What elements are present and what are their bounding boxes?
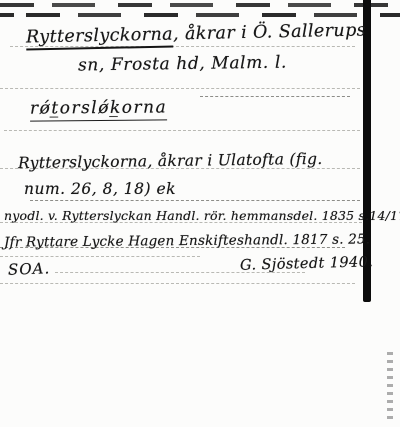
archive-abbreviation: SOA. [8, 259, 51, 278]
scan-artifact-top-dashes-row1 [0, 3, 400, 7]
source-reference-line1: nyodl. v. Rytterslyckan Handl. rör. hemm… [4, 208, 400, 223]
scan-artifact-top-dashes-row2 [0, 13, 400, 17]
place-name-underlined: Rytterslyckorna [26, 24, 173, 50]
ruled-line [30, 200, 360, 201]
ruled-line [0, 256, 200, 257]
phonetic-transcription: rǿt̲orslǿk̲orna [30, 97, 167, 121]
source-reference-line2: Jfr Ryttare Lycke Hagen Enskifteshandl. … [4, 231, 370, 250]
recorder-signature: G. Sjöstedt 1940. [240, 254, 374, 273]
archive-index-card: Rytterslyckorna, åkrar i Ö. Sallerups sn… [0, 0, 400, 427]
parish-district-line: sn, Frosta hd, Malm. l. [78, 53, 287, 76]
ruled-line [0, 88, 360, 89]
ruled-line [4, 130, 360, 131]
entry-text-line2: num. 26, 8, 18) ek [24, 180, 176, 198]
place-name-description: , åkrar i Ö. Sallerups [173, 20, 366, 44]
ruled-line [200, 96, 350, 97]
scan-artifact-edge-dash-column [387, 352, 393, 422]
ruled-line [0, 283, 355, 284]
place-name-heading: Rytterslyckorna, åkrar i Ö. Sallerups [26, 20, 366, 47]
